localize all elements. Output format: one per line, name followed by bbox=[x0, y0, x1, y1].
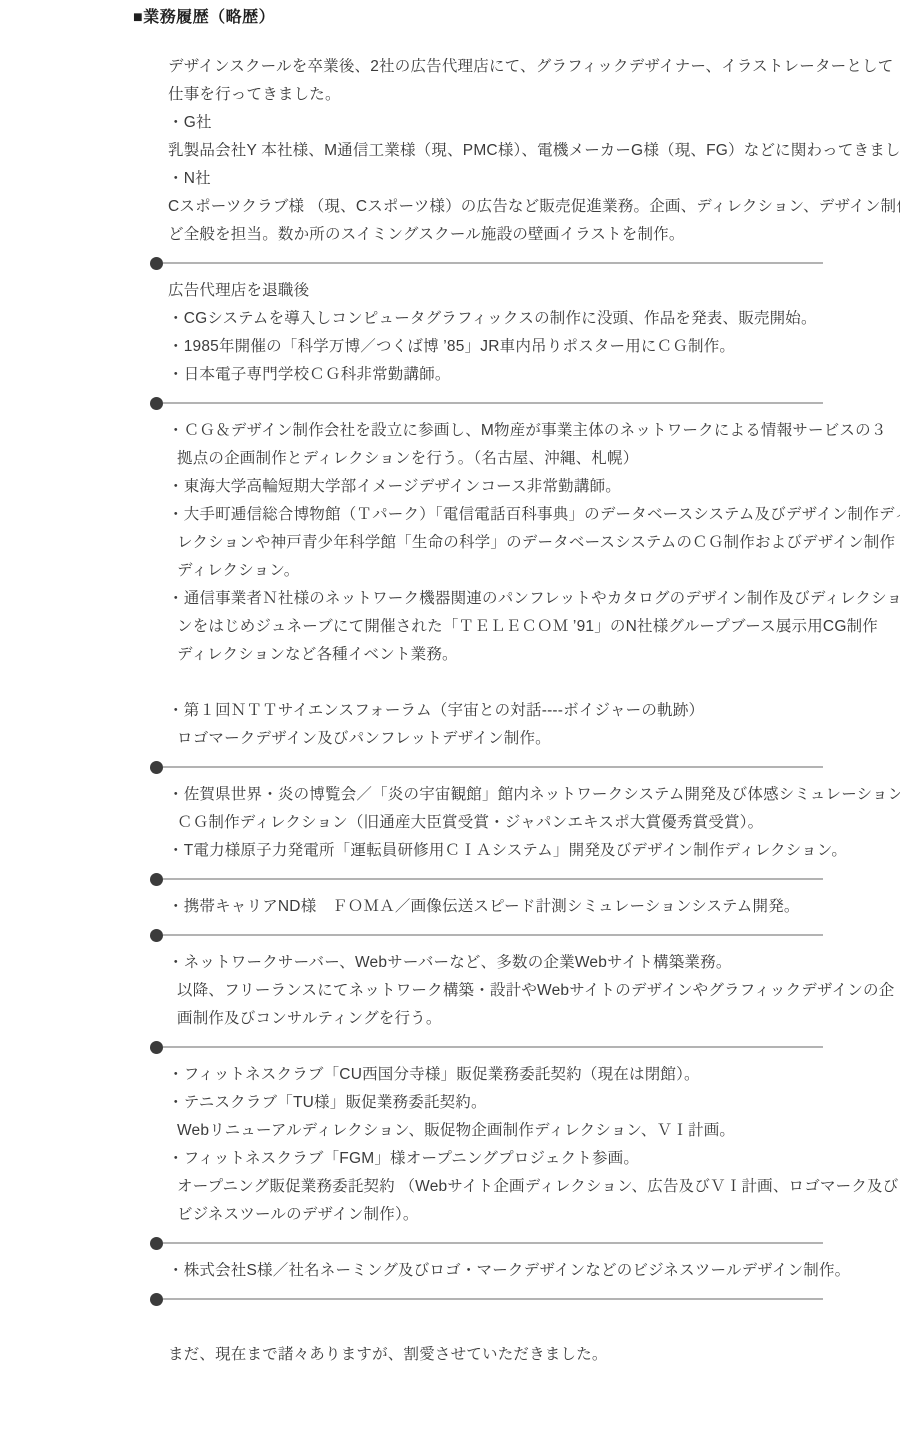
continuation-line: 以降、フリーランスにてネットワーク構築・設計やWebサイトのデザインやグラフィッ… bbox=[168, 977, 900, 1005]
bullet-line: ・テニスクラブ「TU様」販促業務委託契約。 bbox=[168, 1089, 900, 1117]
text-line: ど全般を担当。数か所のスイミングスクール施設の壁画イラストを制作。 bbox=[168, 221, 900, 249]
divider-line bbox=[163, 1046, 823, 1048]
continuation-line: ディレクションなど各種イベント業務。 bbox=[168, 641, 900, 669]
text-line: Cスポーツクラブ様 （現、Cスポーツ様）の広告など販売促進業務。企画、ディレクシ… bbox=[168, 193, 900, 221]
continuation-line: ンをはじめジュネーブにて開催された「ＴＥＬＥＣＯＭ ’91」のN社様グループブー… bbox=[168, 613, 900, 641]
continuation-line: ディレクション。 bbox=[168, 557, 900, 585]
bullet-line: ・T電力様原子力発電所「運転員研修用ＣＩＡシステム」開発及びデザイン制作ディレク… bbox=[168, 837, 900, 865]
divider-line bbox=[163, 766, 823, 768]
section-divider bbox=[150, 753, 823, 781]
section-divider bbox=[150, 865, 823, 893]
line-spacer bbox=[168, 1313, 900, 1341]
text-line: 仕事を行ってきました。 bbox=[168, 81, 900, 109]
history-section: ・携帯キャリアND様 ＦＯＭＡ／画像伝送スピード計測シミュレーションシステム開発… bbox=[168, 893, 900, 921]
continuation-line: ＣＧ制作ディレクション（旧通産大臣賞受賞・ジャパンエキスポ大賞優秀賞受賞）。 bbox=[168, 809, 900, 837]
divider-line bbox=[163, 1242, 823, 1244]
bullet-line: ・携帯キャリアND様 ＦＯＭＡ／画像伝送スピード計測シミュレーションシステム開発… bbox=[168, 893, 900, 921]
history-sections: デザインスクールを卒業後、2社の広告代理店にて、グラフィックデザイナー、イラスト… bbox=[168, 53, 900, 1369]
divider-bullet-icon bbox=[150, 1293, 163, 1306]
text-line: デザインスクールを卒業後、2社の広告代理店にて、グラフィックデザイナー、イラスト… bbox=[168, 53, 900, 81]
bullet-line: ・フィットネスクラブ「CU西国分寺様」販促業務委託契約（現在は閉館）。 bbox=[168, 1061, 900, 1089]
history-section: ・ＣＧ＆デザイン制作会社を設立に参画し、M物産が事業主体のネットワークによる情報… bbox=[168, 417, 900, 753]
text-line: 乳製品会社Y 本社様、M通信工業様（現、PMC様）、電機メーカーG様（現、FG）… bbox=[168, 137, 900, 165]
section-divider bbox=[150, 921, 823, 949]
bullet-line: ・1985年開催の「科学万博／つくば博 ’85」JR車内吊りポスター用にＣＧ制作… bbox=[168, 333, 900, 361]
bullet-line: ・株式会社S様／社名ネーミング及びロゴ・マークデザインなどのビジネスツールデザイ… bbox=[168, 1257, 900, 1285]
bullet-line: ・N社 bbox=[168, 165, 900, 193]
bullet-line: ・佐賀県世界・炎の博覧会／「炎の宇宙観館」館内ネットワークシステム開発及び体感シ… bbox=[168, 781, 900, 809]
bullet-line: ・ネットワークサーバー、Webサーバーなど、多数の企業Webサイト構築業務。 bbox=[168, 949, 900, 977]
continuation-line: オープニング販促業務委託契約 （Webサイト企画ディレクション、広告及びＶＩ計画… bbox=[168, 1173, 900, 1201]
work-history-document: ■業務履歴（略歴） デザインスクールを卒業後、2社の広告代理店にて、グラフィック… bbox=[0, 0, 900, 1369]
continuation-line: ビジネスツールのデザイン制作）。 bbox=[168, 1201, 900, 1229]
continuation-line: レクションや神戸青少年科学館「生命の科学」のデータベースシステムのＣＧ制作および… bbox=[168, 529, 900, 557]
bullet-line: ・東海大学高輪短期大学部イメージデザインコース非常勤講師。 bbox=[168, 473, 900, 501]
page-title: ■業務履歴（略歴） bbox=[133, 8, 900, 28]
section-divider bbox=[150, 1285, 823, 1313]
divider-bullet-icon bbox=[150, 397, 163, 410]
bullet-line: ・G社 bbox=[168, 109, 900, 137]
bullet-line: ・フィットネスクラブ「FGM」様オープニングプロジェクト参画。 bbox=[168, 1145, 900, 1173]
divider-line bbox=[163, 934, 823, 936]
section-divider bbox=[150, 1229, 823, 1257]
history-section: デザインスクールを卒業後、2社の広告代理店にて、グラフィックデザイナー、イラスト… bbox=[168, 53, 900, 249]
divider-bullet-icon bbox=[150, 761, 163, 774]
bullet-line: ・大手町逓信総合博物館（Ｔパーク）「電信電話百科事典」のデータベースシステム及び… bbox=[168, 501, 900, 529]
history-section: まだ、現在まで諸々ありますが、割愛させていただきました。 bbox=[168, 1313, 900, 1369]
section-divider bbox=[150, 1033, 823, 1061]
history-section: 広告代理店を退職後・CGシステムを導入しコンピュータグラフィックスの制作に没頭、… bbox=[168, 277, 900, 389]
continuation-line: Webリニューアルディレクション、販促物企画制作ディレクション、ＶＩ計画。 bbox=[168, 1117, 900, 1145]
continuation-line: 画制作及びコンサルティングを行う。 bbox=[168, 1005, 900, 1033]
divider-line bbox=[163, 878, 823, 880]
continuation-line: 拠点の企画制作とディレクションを行う。（名古屋、沖縄、札幌） bbox=[168, 445, 900, 473]
continuation-line: ロゴマークデザイン及びパンフレットデザイン制作。 bbox=[168, 725, 900, 753]
divider-line bbox=[163, 262, 823, 264]
divider-bullet-icon bbox=[150, 257, 163, 270]
bullet-line: ・ＣＧ＆デザイン制作会社を設立に参画し、M物産が事業主体のネットワークによる情報… bbox=[168, 417, 900, 445]
divider-bullet-icon bbox=[150, 873, 163, 886]
divider-line bbox=[163, 1298, 823, 1300]
bullet-line: ・第１回ＮＴＴサイエンスフォーラム（宇宙との対話----ボイジャーの軌跡） bbox=[168, 697, 900, 725]
history-section: ・ネットワークサーバー、Webサーバーなど、多数の企業Webサイト構築業務。以降… bbox=[168, 949, 900, 1033]
history-section: ・株式会社S様／社名ネーミング及びロゴ・マークデザインなどのビジネスツールデザイ… bbox=[168, 1257, 900, 1285]
text-line: まだ、現在まで諸々ありますが、割愛させていただきました。 bbox=[168, 1341, 900, 1369]
section-divider bbox=[150, 389, 823, 417]
divider-line bbox=[163, 402, 823, 404]
section-divider bbox=[150, 249, 823, 277]
history-section: ・佐賀県世界・炎の博覧会／「炎の宇宙観館」館内ネットワークシステム開発及び体感シ… bbox=[168, 781, 900, 865]
line-spacer bbox=[168, 669, 900, 697]
divider-bullet-icon bbox=[150, 1237, 163, 1250]
divider-bullet-icon bbox=[150, 1041, 163, 1054]
text-line: 広告代理店を退職後 bbox=[168, 277, 900, 305]
history-section: ・フィットネスクラブ「CU西国分寺様」販促業務委託契約（現在は閉館）。・テニスク… bbox=[168, 1061, 900, 1229]
bullet-line: ・CGシステムを導入しコンピュータグラフィックスの制作に没頭、作品を発表、販売開… bbox=[168, 305, 900, 333]
bullet-line: ・日本電子専門学校ＣＧ科非常勤講師。 bbox=[168, 361, 900, 389]
bullet-line: ・通信事業者Ｎ社様のネットワーク機器関連のパンフレットやカタログのデザイン制作及… bbox=[168, 585, 900, 613]
divider-bullet-icon bbox=[150, 929, 163, 942]
